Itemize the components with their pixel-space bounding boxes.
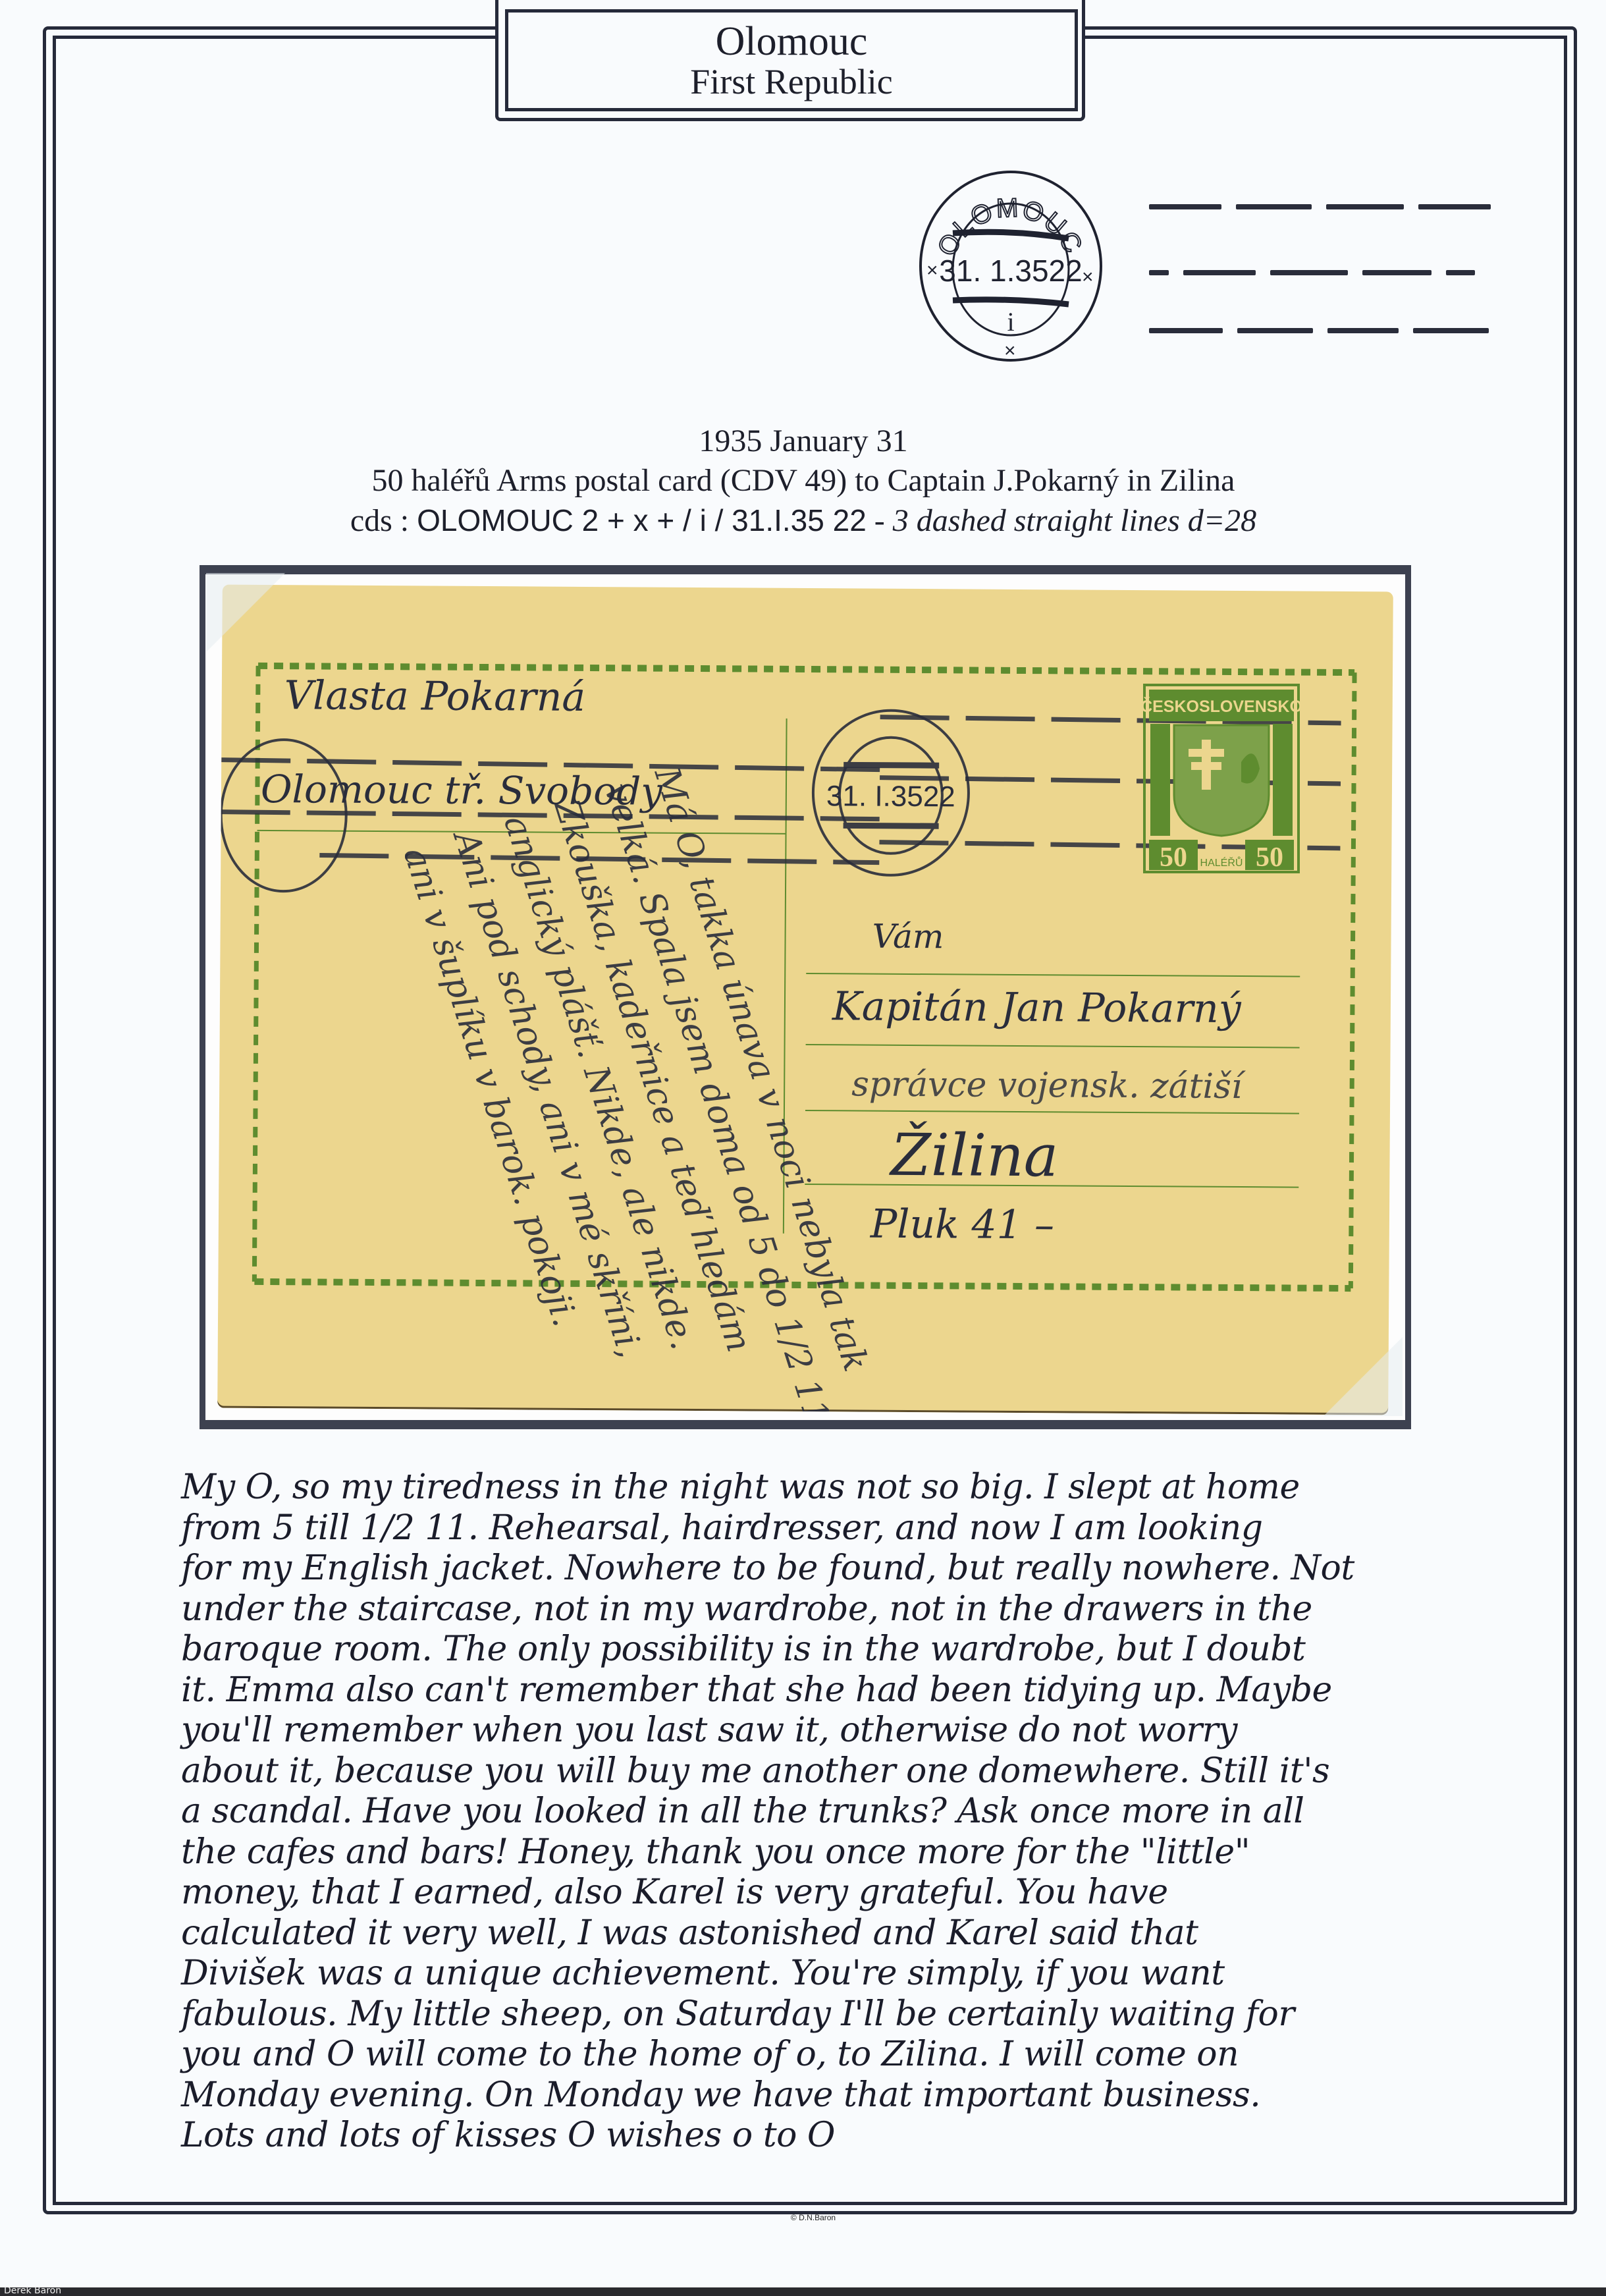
stamp-value-left: 50 (1160, 842, 1187, 873)
cds-prefix: cds : (350, 503, 409, 538)
cds-value: OLOMOUC 2 + x + / i / 31.I.35 22 (417, 503, 867, 537)
svg-text:OLOMOUC 2: OLOMOUC 2 (912, 166, 1092, 267)
postmark-illustration: OLOMOUC 2 31. 1.3522 i × × × (912, 166, 1110, 370)
dashed-line-3 (1149, 328, 1489, 333)
recipient-name: Kapitán Jan Pokarný (832, 983, 1242, 1032)
caption-cds: cds : OLOMOUC 2 + x + / i / 31.I.35 22 -… (178, 501, 1429, 541)
cds-note: - 3 dashed straight lines d=28 (874, 503, 1256, 538)
caption-date: 1935 January 31 (178, 422, 1429, 461)
postmark-dashed-lines (1149, 198, 1491, 342)
svg-text:×: × (1004, 340, 1016, 362)
coat-of-arms-stamp-icon: ČESKOSLOVENSKO 50 50 HALÉŘŮ (1142, 683, 1300, 874)
letter-translation: My O, so my tiredness in the night was n… (181, 1467, 1445, 2156)
postmark-date: 31. 1.3522 (939, 254, 1082, 288)
copyright-notice: © D.N.Baron (774, 2213, 853, 2222)
caption: 1935 January 31 50 haléřů Arms postal ca… (178, 422, 1429, 541)
recipient-city: Žilina (888, 1121, 1058, 1190)
stamp-currency: HALÉŘŮ (1200, 856, 1243, 869)
scanner-band (0, 2287, 1606, 2296)
page-title: Olomouc (716, 20, 868, 63)
dashed-line-2 (1149, 270, 1475, 275)
title-box: Olomouc First Republic (495, 0, 1085, 121)
sender-name: Vlasta Pokarná (284, 672, 586, 721)
svg-text:×: × (1082, 266, 1094, 288)
stamp-country: ČESKOSLOVENSKO (1142, 696, 1300, 716)
recipient-title: správce vojensk. zátiší (851, 1064, 1246, 1107)
page-subtitle: First Republic (690, 63, 893, 101)
svg-text:×: × (926, 260, 938, 281)
postmark-circle-icon: OLOMOUC 2 31. 1.3522 i × × × (912, 166, 1110, 370)
postmark-office: OLOMOUC 2 (912, 166, 1092, 267)
dashed-line-1 (1149, 204, 1491, 209)
stamp-value-right: 50 (1256, 842, 1283, 873)
scanner-label: Derek Baron (4, 2285, 61, 2296)
recipient-unit: Pluk 41 – (870, 1201, 1054, 1249)
title-box-inner: Olomouc First Republic (505, 9, 1078, 111)
postmark-index: i (1007, 307, 1014, 337)
imprinted-stamp: ČESKOSLOVENSKO 50 50 HALÉŘŮ (1142, 683, 1300, 874)
caption-description: 50 haléřů Arms postal card (CDV 49) to C… (178, 461, 1429, 501)
card-greeting: Vám (872, 917, 944, 956)
card-postmark-date: 31. I.3522 (826, 780, 955, 813)
